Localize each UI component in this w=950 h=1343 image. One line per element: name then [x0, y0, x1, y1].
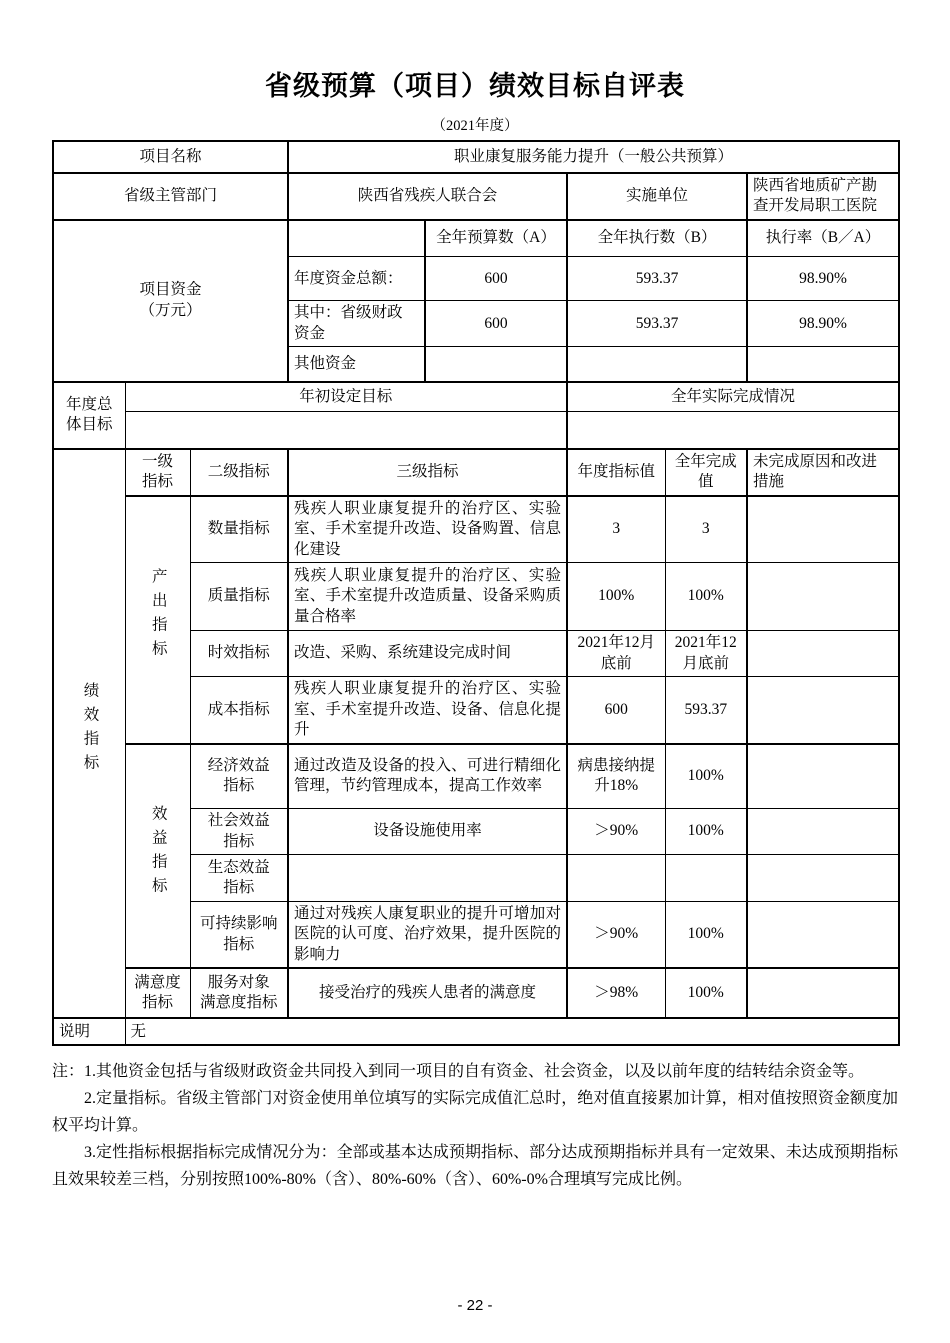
l3-cell: 设备设施使用率: [288, 809, 567, 855]
target-cell: 病患接纳提升18%: [567, 744, 665, 809]
target-cell: 100%: [567, 563, 665, 631]
done-cell: 100%: [665, 968, 747, 1018]
l3-cell: [288, 855, 567, 902]
project-name-value-cell: 职业康复服务能力提升（一般公共预算）: [288, 141, 899, 173]
funds-col-rate-cell: 执行率（B／A）: [747, 220, 899, 257]
remark-value-cell: 无: [125, 1018, 899, 1045]
reason-cell: [747, 631, 899, 677]
l2-cell: 生态效益 指标: [190, 855, 288, 902]
target-cell: 3: [567, 496, 665, 563]
group-output-cell: 产出指标: [125, 496, 190, 744]
goal-set-value-cell: [125, 412, 567, 449]
l2-cell: 数量指标: [190, 496, 288, 563]
done-cell: 3: [665, 496, 747, 563]
annual-goal-header-row: 年度总 体目标 年初设定目标 全年实际完成情况: [53, 382, 899, 412]
goal-set-header-cell: 年初设定目标: [125, 382, 567, 412]
page-title: 省级预算（项目）绩效目标自评表: [52, 70, 898, 102]
target-cell: ＞90%: [567, 902, 665, 969]
footnote-2: 2.定量指标。省级主管部门对资金使用单位填写的实际完成值汇总时，绝对值直接累加计…: [52, 1085, 898, 1139]
document-sheet: 省级预算（项目）绩效目标自评表 （2021年度） 项目名称 职业康复服务能力提升…: [52, 0, 898, 1193]
l1-header-cell: 一级 指标: [125, 449, 190, 496]
reason-cell: [747, 902, 899, 969]
funds-exec-cell: 593.37: [567, 301, 747, 347]
impl-unit-label-cell: 实施单位: [567, 173, 747, 220]
l2-cell: 服务对象 满意度指标: [190, 968, 288, 1018]
goal-actual-header-cell: 全年实际完成情况: [567, 382, 899, 412]
l3-cell: 残疾人职业康复提升的治疗区、实验室、手术室提升改造、设备购置、信息化建设: [288, 496, 567, 563]
funds-budget-cell: 600: [425, 257, 567, 301]
l3-cell: 残疾人职业康复提升的治疗区、实验室、手术室提升改造质量、设备采购质量合格率: [288, 563, 567, 631]
reason-cell: [747, 496, 899, 563]
footnotes: 注：1.其他资金包括与省级财政资金共同投入到同一项目的自有资金、社会资金，以及以…: [52, 1058, 898, 1193]
l2-cell: 经济效益 指标: [190, 744, 288, 809]
done-cell: 100%: [665, 809, 747, 855]
reason-cell: [747, 855, 899, 902]
goal-actual-value-cell: [567, 412, 899, 449]
indicator-row-quantity: 产出指标 数量指标 残疾人职业康复提升的治疗区、实验室、手术室提升改造、设备购置…: [53, 496, 899, 563]
reason-cell: [747, 968, 899, 1018]
l2-header-cell: 二级指标: [190, 449, 288, 496]
l3-cell: 残疾人职业康复提升的治疗区、实验室、手术室提升改造、设备、信息化提升: [288, 677, 567, 744]
l3-cell: 通过对残疾人康复职业的提升可增加对医院的认可度、治疗效果，提升医院的影响力: [288, 902, 567, 969]
indicator-row-economic: 效益指标 经济效益 指标 通过改造及设备的投入、可进行精细化管理，节约管理成本，…: [53, 744, 899, 809]
group-benefit-cell: 效益指标: [125, 744, 190, 969]
funds-label-cell: 项目资金 （万元）: [53, 220, 288, 382]
remark-label-cell: 说明: [53, 1018, 125, 1045]
footnote-3: 3.定性指标根据指标完成情况分为：全部或基本达成预期指标、部分达成预期指标并具有…: [52, 1139, 898, 1193]
funds-row-label-cell: 年度资金总额：: [288, 257, 425, 301]
funds-col-budget-cell: 全年预算数（A）: [425, 220, 567, 257]
annual-goal-label-cell: 年度总 体目标: [53, 382, 125, 449]
footnote-1: 注：1.其他资金包括与省级财政资金共同投入到同一项目的自有资金、社会资金，以及以…: [52, 1058, 898, 1085]
department-label-cell: 省级主管部门: [53, 173, 288, 220]
group-benefit-label: 效益指标: [147, 805, 167, 901]
department-row: 省级主管部门 陕西省残疾人联合会 实施单位 陕西省地质矿产勘 查开发局职工医院: [53, 173, 899, 220]
project-name-row: 项目名称 职业康复服务能力提升（一般公共预算）: [53, 141, 899, 173]
l2-cell: 可持续影响 指标: [190, 902, 288, 969]
target-cell: [567, 855, 665, 902]
l2-cell: 社会效益 指标: [190, 809, 288, 855]
page-subtitle: （2021年度）: [52, 117, 898, 135]
done-cell: [665, 855, 747, 902]
done-cell: 100%: [665, 902, 747, 969]
l2-cell: 质量指标: [190, 563, 288, 631]
impl-unit-value-cell: 陕西省地质矿产勘 查开发局职工医院: [747, 173, 899, 220]
performance-indicators-label: 绩效指标: [79, 682, 99, 778]
performance-indicators-label-cell: 绩效指标: [53, 449, 125, 1019]
remark-row: 说明 无: [53, 1018, 899, 1045]
department-value-cell: 陕西省残疾人联合会: [288, 173, 567, 220]
target-cell: ＞90%: [567, 809, 665, 855]
done-cell: 100%: [665, 744, 747, 809]
indicator-header-row: 绩效指标 一级 指标 二级指标 三级指标 年度指标值 全年完成 值 未完成原因和…: [53, 449, 899, 496]
reason-cell: [747, 809, 899, 855]
target-cell: ＞98%: [567, 968, 665, 1018]
funds-budget-cell: 600: [425, 301, 567, 347]
funds-rate-cell: [747, 347, 899, 382]
target-cell: 600: [567, 677, 665, 744]
l2-cell: 时效指标: [190, 631, 288, 677]
done-header-cell: 全年完成 值: [665, 449, 747, 496]
funds-exec-cell: [567, 347, 747, 382]
page-number: - 22 -: [0, 1297, 950, 1314]
funds-header-row: 项目资金 （万元） 全年预算数（A） 全年执行数（B） 执行率（B／A）: [53, 220, 899, 257]
l3-header-cell: 三级指标: [288, 449, 567, 496]
funds-budget-cell: [425, 347, 567, 382]
done-cell: 100%: [665, 563, 747, 631]
reason-cell: [747, 677, 899, 744]
done-cell: 593.37: [665, 677, 747, 744]
funds-row-label-cell: 其中：省级财政 资金: [288, 301, 425, 347]
funds-row-label-cell: 其他资金: [288, 347, 425, 382]
group-output-label: 产出指标: [147, 568, 167, 664]
l2-cell: 成本指标: [190, 677, 288, 744]
funds-exec-cell: 593.37: [567, 257, 747, 301]
reason-header-cell: 未完成原因和改进 措施: [747, 449, 899, 496]
evaluation-table: 项目名称 职业康复服务能力提升（一般公共预算） 省级主管部门 陕西省残疾人联合会…: [52, 140, 900, 1046]
done-cell: 2021年12月底前: [665, 631, 747, 677]
funds-rate-cell: 98.90%: [747, 257, 899, 301]
l3-cell: 改造、采购、系统建设完成时间: [288, 631, 567, 677]
target-header-cell: 年度指标值: [567, 449, 665, 496]
reason-cell: [747, 744, 899, 809]
project-name-label-cell: 项目名称: [53, 141, 288, 173]
l3-cell: 通过改造及设备的投入、可进行精细化管理，节约管理成本，提高工作效率: [288, 744, 567, 809]
indicator-row-satisfaction: 满意度 指标 服务对象 满意度指标 接受治疗的残疾人患者的满意度 ＞98% 10…: [53, 968, 899, 1018]
target-cell: 2021年12月底前: [567, 631, 665, 677]
group-satisfaction-cell: 满意度 指标: [125, 968, 190, 1018]
annual-goal-value-row: [53, 412, 899, 449]
reason-cell: [747, 563, 899, 631]
funds-col-exec-cell: 全年执行数（B）: [567, 220, 747, 257]
funds-header-empty-cell: [288, 220, 425, 257]
l3-cell: 接受治疗的残疾人患者的满意度: [288, 968, 567, 1018]
funds-rate-cell: 98.90%: [747, 301, 899, 347]
